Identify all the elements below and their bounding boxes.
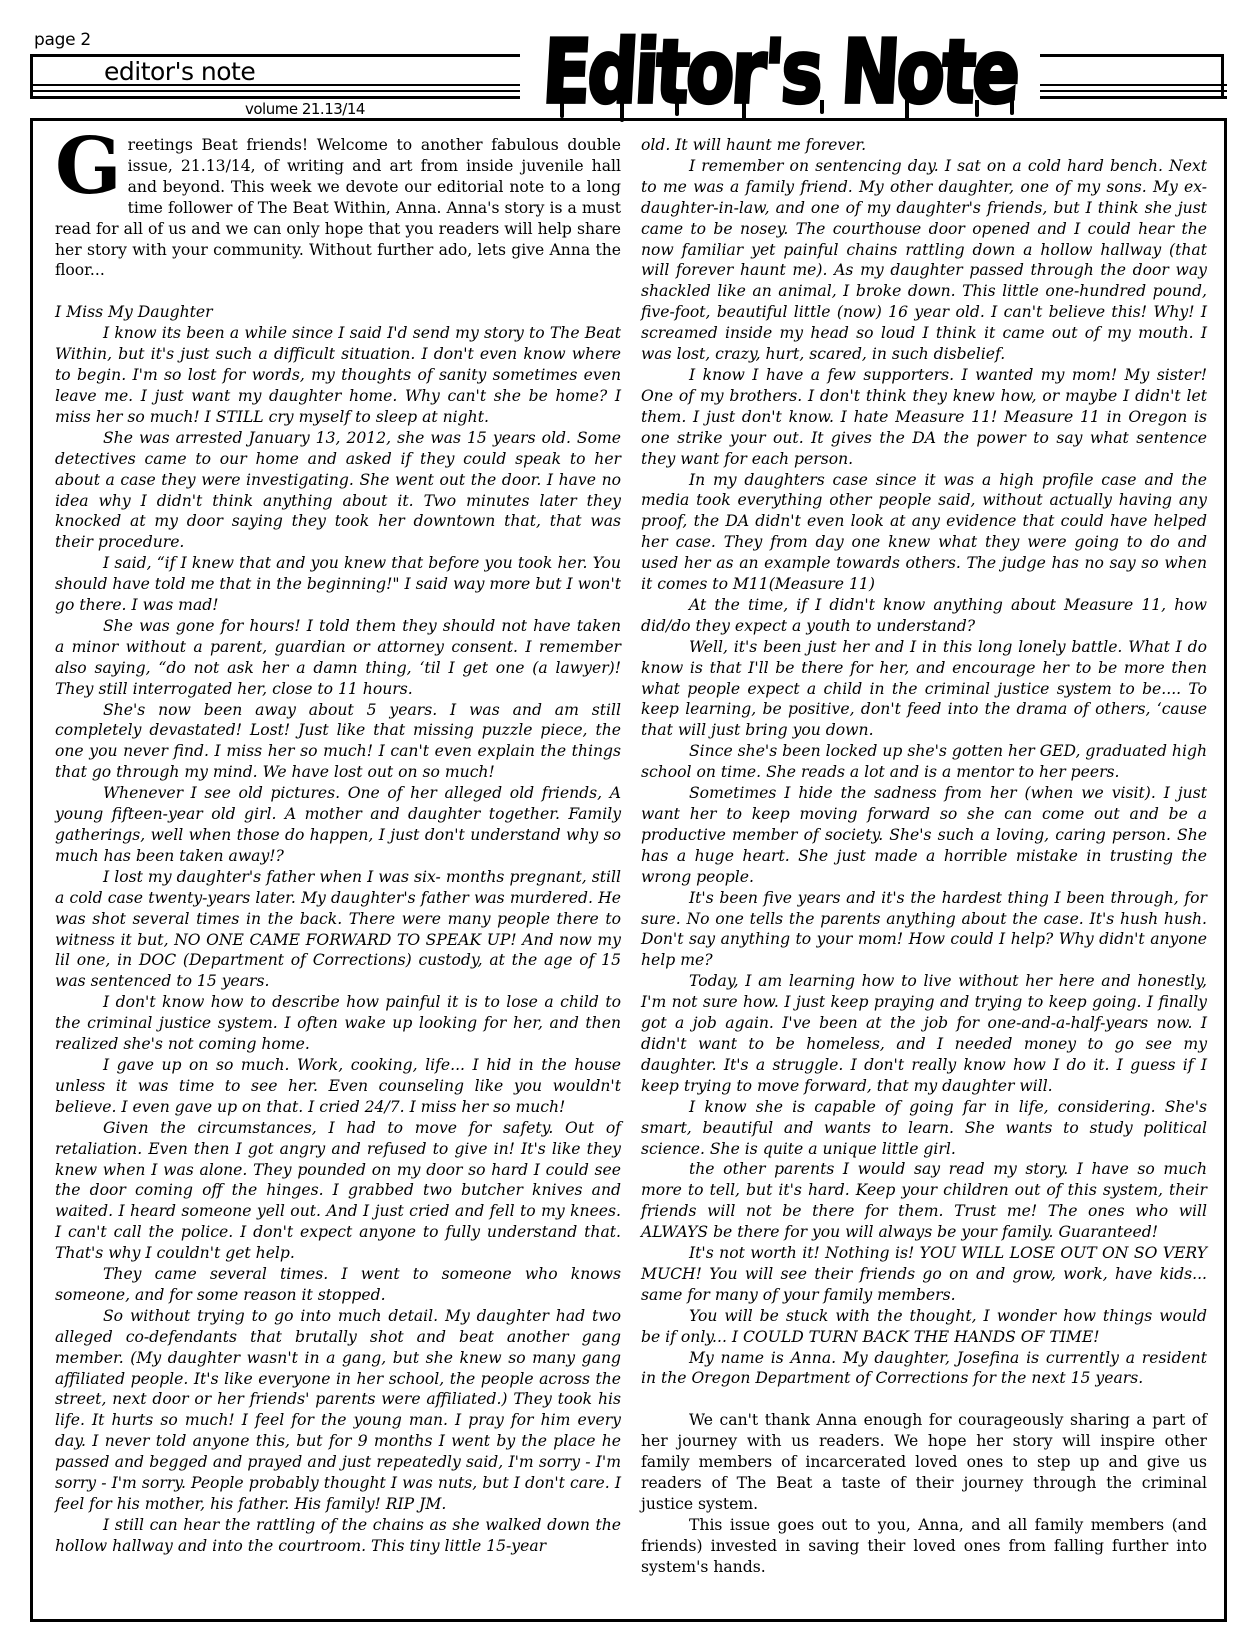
story-paragraph: I know its been a while since I said I'd…	[55, 323, 621, 428]
story-paragraph: I said, “if I knew that and you knew tha…	[55, 553, 621, 616]
volume-label: volume 21.13/14	[245, 100, 365, 118]
story-paragraph: the other parents I would say read my st…	[641, 1159, 1207, 1243]
paint-drip-icon	[905, 100, 909, 120]
story-title: I Miss My Daughter	[55, 302, 621, 323]
closing-paragraph: This issue goes out to you, Anna, and al…	[641, 1515, 1207, 1578]
right-column: old. It will haunt me forever. I remembe…	[641, 135, 1207, 1578]
story-paragraph: They came several times. I went to someo…	[55, 1264, 621, 1306]
intro-paragraph: Greetings Beat friends! Welcome to anoth…	[55, 135, 621, 281]
paint-drip-icon	[820, 100, 824, 114]
left-column: Greetings Beat friends! Welcome to anoth…	[55, 135, 621, 1557]
closing-paragraph: We can't thank Anna enough for courageou…	[641, 1410, 1207, 1515]
story-paragraph: I know she is capable of going far in li…	[641, 1097, 1207, 1160]
intro-text: reetings Beat friends! Welcome to anothe…	[55, 136, 621, 279]
graffiti-title: Editor's Note	[520, 22, 1040, 122]
story-paragraph: Whenever I see old pictures. One of her …	[55, 783, 621, 867]
paint-drip-icon	[675, 100, 679, 116]
story-paragraph: She was arrested January 13, 2012, she w…	[55, 428, 621, 553]
paragraph-spacer	[641, 1389, 1207, 1410]
paint-drip-icon	[742, 100, 746, 120]
story-paragraph: Sometimes I hide the sadness from her (w…	[641, 783, 1207, 888]
story-paragraph: Well, it's been just her and I in this l…	[641, 637, 1207, 742]
story-paragraph: She's now been away about 5 years. I was…	[55, 700, 621, 784]
title-text: Editor's Note	[541, 28, 1020, 116]
story-paragraph: It's been five years and it's the hardes…	[641, 888, 1207, 972]
story-paragraph: I remember on sentencing day. I sat on a…	[641, 156, 1207, 365]
article-frame: Greetings Beat friends! Welcome to anoth…	[30, 118, 1227, 1622]
paint-drip-icon	[1010, 100, 1014, 115]
story-paragraph: It's not worth it! Nothing is! YOU WILL …	[641, 1243, 1207, 1306]
story-paragraph: I know I have a few supporters. I wanted…	[641, 365, 1207, 470]
story-paragraph: My name is Anna. My daughter, Josefina i…	[641, 1348, 1207, 1390]
story-paragraph: I don't know how to describe how painful…	[55, 992, 621, 1055]
story-paragraph: She was gone for hours! I told them they…	[55, 616, 621, 700]
story-paragraph: I still can hear the rattling of the cha…	[55, 1515, 621, 1557]
story-paragraph: I gave up on so much. Work, cooking, lif…	[55, 1055, 621, 1118]
story-paragraph: In my daughters case since it was a high…	[641, 470, 1207, 595]
story-paragraph: I lost my daughter's father when I was s…	[55, 867, 621, 992]
story-paragraph: So without trying to go into much detail…	[55, 1306, 621, 1515]
story-paragraph: At the time, if I didn't know anything a…	[641, 595, 1207, 637]
story-paragraph: Today, I am learning how to live without…	[641, 971, 1207, 1096]
drop-cap: G	[55, 137, 122, 199]
story-paragraph: Given the circumstances, I had to move f…	[55, 1118, 621, 1264]
story-paragraph: Since she's been locked up she's gotten …	[641, 741, 1207, 783]
paint-drip-icon	[560, 100, 564, 118]
story-paragraph: You will be stuck with the thought, I wo…	[641, 1306, 1207, 1348]
paint-drip-icon	[975, 100, 979, 117]
section-label: editor's note	[104, 57, 255, 86]
story-continuation: old. It will haunt me forever.	[641, 135, 1207, 156]
page-number-label: page 2	[34, 30, 91, 50]
